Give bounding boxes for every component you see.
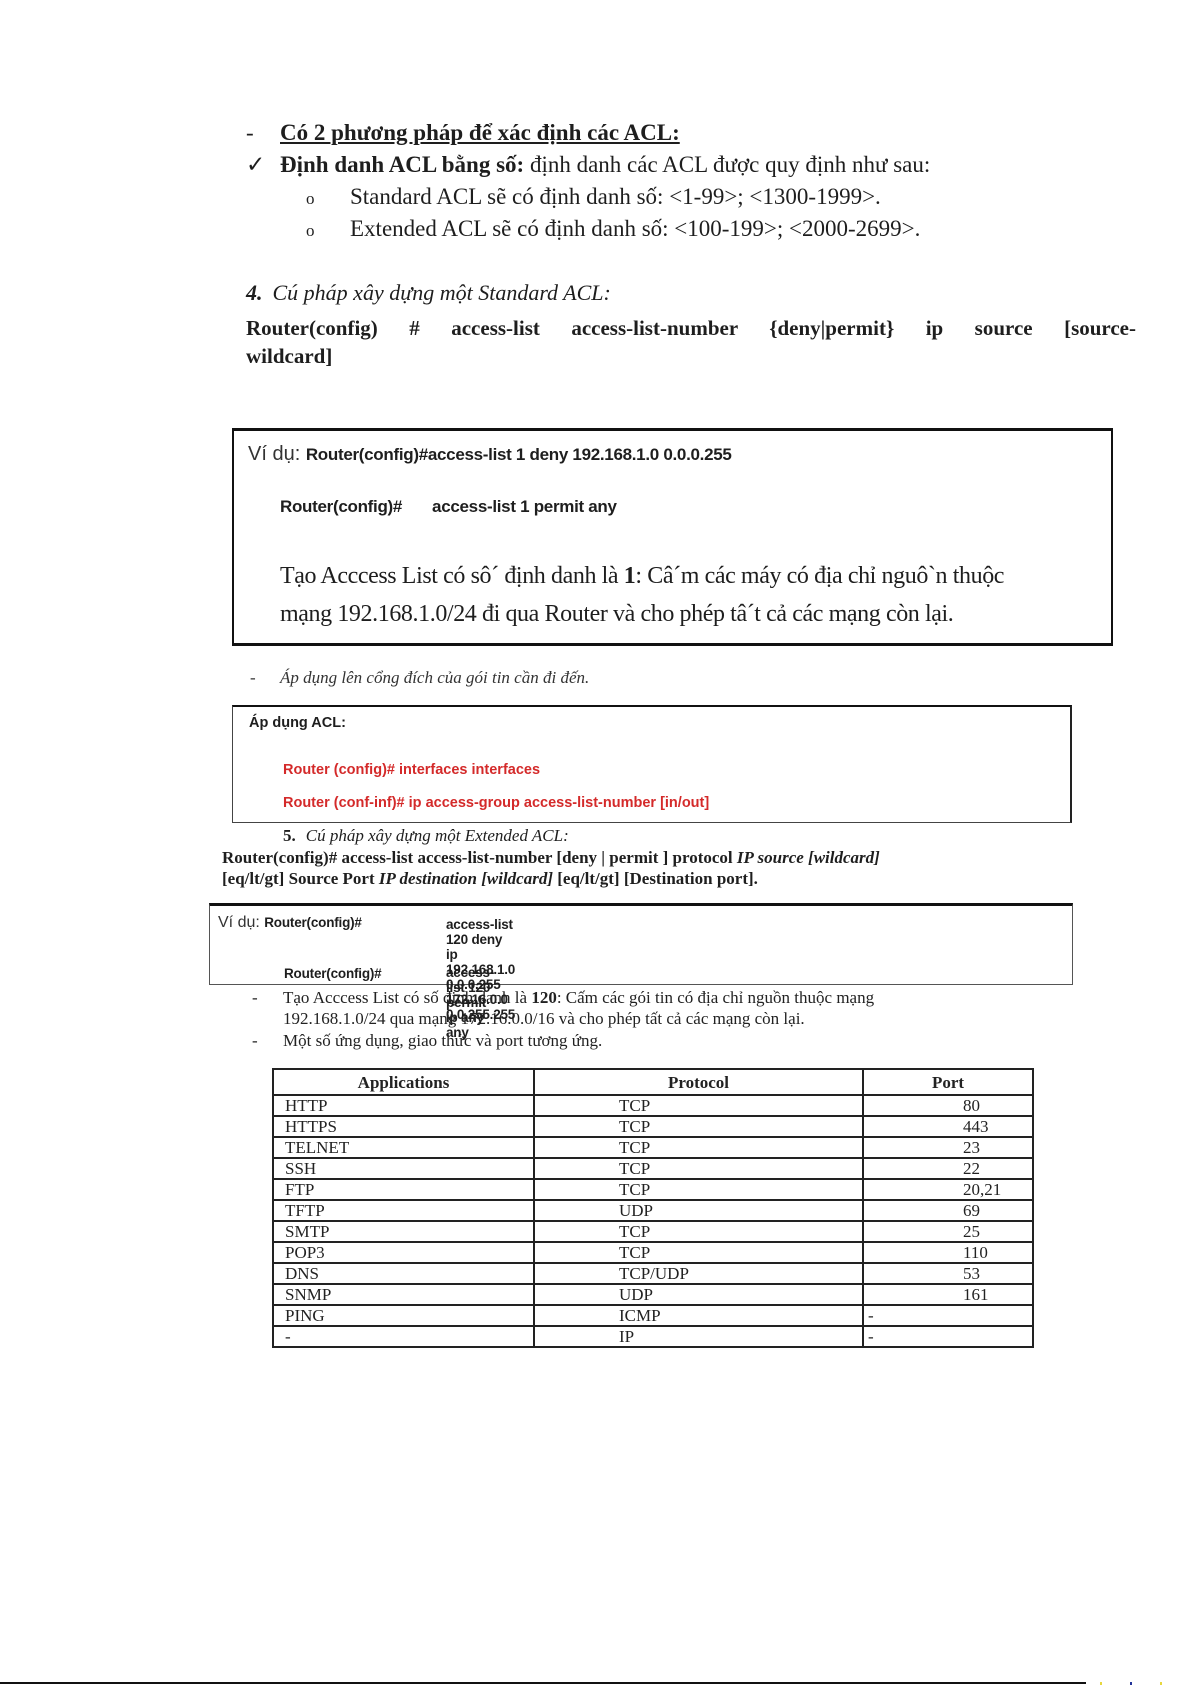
example2-prompt1: Router(config)# bbox=[264, 915, 362, 930]
section-5-title: Cú pháp xây dựng một Extended ACL: bbox=[306, 826, 569, 845]
example-label: Ví dụ: bbox=[248, 443, 306, 465]
example1-description-line2: mạng 192.168.1.0/24 đi qua Router và cho… bbox=[280, 601, 953, 628]
checkmark-icon: ✓ bbox=[246, 152, 280, 178]
cell-protocol: UDP bbox=[534, 1200, 863, 1221]
cell-application: TFTP bbox=[273, 1200, 534, 1221]
cell-port: 80 bbox=[863, 1095, 1033, 1116]
extended-acl-syntax-line2: [eq/lt/gt] Source Port IP destination [w… bbox=[222, 869, 758, 889]
apply-acl-command1: Router (config)# interfaces interfaces bbox=[283, 762, 540, 778]
bullet-item: -Một số ứng dụng, giao thức và port tươn… bbox=[252, 1031, 602, 1051]
cell-protocol: UDP bbox=[534, 1284, 863, 1305]
cell-port: 25 bbox=[863, 1221, 1033, 1242]
table-row: SNMPUDP161 bbox=[273, 1284, 1033, 1305]
section-4-title: Cú pháp xây dựng một Standard ACL: bbox=[273, 280, 611, 305]
cell-port: 110 bbox=[863, 1242, 1033, 1263]
extended-acl-example-box: Ví dụ: Router(config)#access-list 120 de… bbox=[209, 903, 1073, 985]
apply-acl-title: Áp dụng ACL: bbox=[249, 715, 346, 731]
apply-note: -Áp dụng lên cổng đích của gói tin cần đ… bbox=[250, 668, 589, 688]
standard-acl-syntax-line1: Router(config) # access-list access-list… bbox=[246, 312, 1136, 344]
apply-note-text: Áp dụng lên cổng đích của gói tin cần đi… bbox=[280, 668, 589, 687]
extended-syntax-part: Router(config)# access-list access-list-… bbox=[222, 848, 737, 867]
cell-protocol: ICMP bbox=[534, 1305, 863, 1326]
cell-port: 22 bbox=[863, 1158, 1033, 1179]
standard-acl-example-box: Ví dụ: Router(config)#access-list 1 deny… bbox=[232, 428, 1113, 646]
cell-application: HTTPS bbox=[273, 1116, 534, 1137]
table-row: HTTPSTCP443 bbox=[273, 1116, 1033, 1137]
cell-protocol: TCP bbox=[534, 1095, 863, 1116]
section-4-number: 4. bbox=[246, 280, 263, 305]
cell-port: 23 bbox=[863, 1137, 1033, 1158]
cell-application: PING bbox=[273, 1305, 534, 1326]
extended-syntax-part: [eq/lt/gt] [Destination port]. bbox=[553, 869, 758, 888]
dash-bullet: - bbox=[252, 988, 283, 1008]
table-row: DNSTCP/UDP53 bbox=[273, 1263, 1033, 1284]
table-row: -IP- bbox=[273, 1326, 1033, 1347]
example2-prompt2: Router(config)# bbox=[284, 966, 382, 981]
apply-acl-command2: Router (conf-inf)# ip access-group acces… bbox=[283, 795, 709, 811]
example1-command2: access-list 1 permit any bbox=[432, 497, 617, 516]
table-row: POP3TCP110 bbox=[273, 1242, 1033, 1263]
example2-line1: Ví dụ: Router(config)#access-list 120 de… bbox=[218, 914, 362, 932]
circle-bullet-icon: o bbox=[306, 189, 350, 209]
methods-heading: -Có 2 phương pháp để xác định các ACL: bbox=[246, 120, 680, 146]
cell-port: 53 bbox=[863, 1263, 1033, 1284]
cell-port: 20,21 bbox=[863, 1179, 1033, 1200]
cell-application: POP3 bbox=[273, 1242, 534, 1263]
extended-syntax-italic: IP source [wildcard] bbox=[737, 848, 880, 867]
bullet-item: -Tạo Acccess List có số định danh là 120… bbox=[252, 988, 874, 1008]
cell-port: 443 bbox=[863, 1116, 1033, 1137]
standard-acl-range-text: Standard ACL sẽ có định danh số: <1-99>;… bbox=[350, 184, 881, 209]
methods-heading-text: Có 2 phương pháp để xác định các ACL: bbox=[280, 120, 680, 145]
table-row: SMTPTCP25 bbox=[273, 1221, 1033, 1242]
cell-application: SSH bbox=[273, 1158, 534, 1179]
example1-command1: Router(config)#access-list 1 deny 192.16… bbox=[306, 445, 732, 464]
example1-prompt: Router(config)# bbox=[280, 497, 402, 516]
table-row: PINGICMP- bbox=[273, 1305, 1033, 1326]
table-row: HTTPTCP80 bbox=[273, 1095, 1033, 1116]
table-row: TELNETTCP23 bbox=[273, 1137, 1033, 1158]
table-header-row: Applications Protocol Port bbox=[273, 1069, 1033, 1095]
table-row: SSHTCP22 bbox=[273, 1158, 1033, 1179]
cell-protocol: TCP bbox=[534, 1137, 863, 1158]
cell-application: DNS bbox=[273, 1263, 534, 1284]
extended-syntax-italic: IP destination [wildcard] bbox=[379, 869, 553, 888]
example1-desc-post: : Câ´m các máy có địa chỉ nguô`n thuộc bbox=[635, 563, 1004, 589]
circle-bullet-icon: o bbox=[306, 221, 350, 241]
cell-protocol: TCP bbox=[534, 1158, 863, 1179]
cell-port: 161 bbox=[863, 1284, 1033, 1305]
ports-table: Applications Protocol Port HTTPTCP80HTTP… bbox=[272, 1068, 1034, 1348]
page-footer-rule bbox=[0, 1682, 1086, 1684]
cell-protocol: IP bbox=[534, 1326, 863, 1347]
extended-acl-range-text: Extended ACL sẽ có định danh số: <100-19… bbox=[350, 216, 920, 241]
cell-port: - bbox=[863, 1326, 1033, 1347]
section-4-heading: 4.Cú pháp xây dựng một Standard ACL: bbox=[246, 280, 611, 306]
cell-application: HTTP bbox=[273, 1095, 534, 1116]
cropped-text-line bbox=[272, 108, 602, 116]
bullet-bold: 120 bbox=[531, 988, 557, 1007]
cell-application: FTP bbox=[273, 1179, 534, 1200]
standard-acl-syntax-line2: wildcard] bbox=[246, 344, 332, 369]
example1-line2: Router(config)#access-list 1 permit any bbox=[280, 497, 617, 517]
cell-protocol: TCP bbox=[534, 1242, 863, 1263]
apply-acl-box: Áp dụng ACL: Router (config)# interfaces… bbox=[232, 705, 1072, 823]
standard-acl-range: oStandard ACL sẽ có định danh số: <1-99>… bbox=[306, 184, 881, 210]
cell-port: 69 bbox=[863, 1200, 1033, 1221]
table-row: TFTPUDP69 bbox=[273, 1200, 1033, 1221]
bullet-text: 192.168.1.0/24 qua mạng 172.16.0.0/16 và… bbox=[283, 1009, 805, 1028]
numbered-id-line: ✓Định danh ACL bằng số: định danh các AC… bbox=[246, 152, 930, 178]
numbered-id-label: Định danh ACL bằng số: bbox=[280, 152, 524, 177]
cell-protocol: TCP bbox=[534, 1179, 863, 1200]
bullet-item-continuation: 192.168.1.0/24 qua mạng 172.16.0.0/16 và… bbox=[252, 1009, 805, 1029]
bullet-text: : Cấm các gói tin có địa chỉ nguồn thuộc… bbox=[557, 988, 874, 1007]
cell-protocol: TCP bbox=[534, 1116, 863, 1137]
table-row: FTPTCP20,21 bbox=[273, 1179, 1033, 1200]
cell-application: TELNET bbox=[273, 1137, 534, 1158]
example-label: Ví dụ: bbox=[218, 914, 264, 931]
dash-bullet: - bbox=[250, 668, 280, 688]
cell-application: SMTP bbox=[273, 1221, 534, 1242]
numbered-id-text: định danh các ACL được quy định như sau: bbox=[524, 152, 930, 177]
header-port: Port bbox=[863, 1069, 1033, 1095]
cell-port: - bbox=[863, 1305, 1033, 1326]
extended-acl-syntax-line1: Router(config)# access-list access-list-… bbox=[222, 848, 880, 868]
example2-line2: Router(config)#access-list 120 permit ip… bbox=[284, 965, 382, 983]
bullet-text: Một số ứng dụng, giao thức và port tương… bbox=[283, 1031, 602, 1050]
example1-description-line1: Tạo Acccess List có sô´ định danh là 1: … bbox=[280, 563, 1004, 590]
cell-application: SNMP bbox=[273, 1284, 534, 1305]
cell-protocol: TCP/UDP bbox=[534, 1263, 863, 1284]
extended-syntax-part: [eq/lt/gt] Source Port bbox=[222, 869, 379, 888]
header-protocol: Protocol bbox=[534, 1069, 863, 1095]
example1-desc-pre: Tạo Acccess List có sô´ định danh là bbox=[280, 563, 624, 589]
dash-bullet: - bbox=[252, 1031, 283, 1051]
example1-line1: Ví dụ: Router(config)#access-list 1 deny… bbox=[248, 443, 732, 466]
example1-desc-number: 1 bbox=[624, 563, 636, 589]
section-5-heading: 5.Cú pháp xây dựng một Extended ACL: bbox=[283, 826, 569, 846]
dash-bullet: - bbox=[246, 120, 280, 146]
section-5-number: 5. bbox=[283, 826, 296, 845]
header-applications: Applications bbox=[273, 1069, 534, 1095]
extended-acl-range: oExtended ACL sẽ có định danh số: <100-1… bbox=[306, 216, 920, 242]
bullet-text: Tạo Acccess List có số định danh là bbox=[283, 988, 531, 1007]
cell-application: - bbox=[273, 1326, 534, 1347]
cell-protocol: TCP bbox=[534, 1221, 863, 1242]
